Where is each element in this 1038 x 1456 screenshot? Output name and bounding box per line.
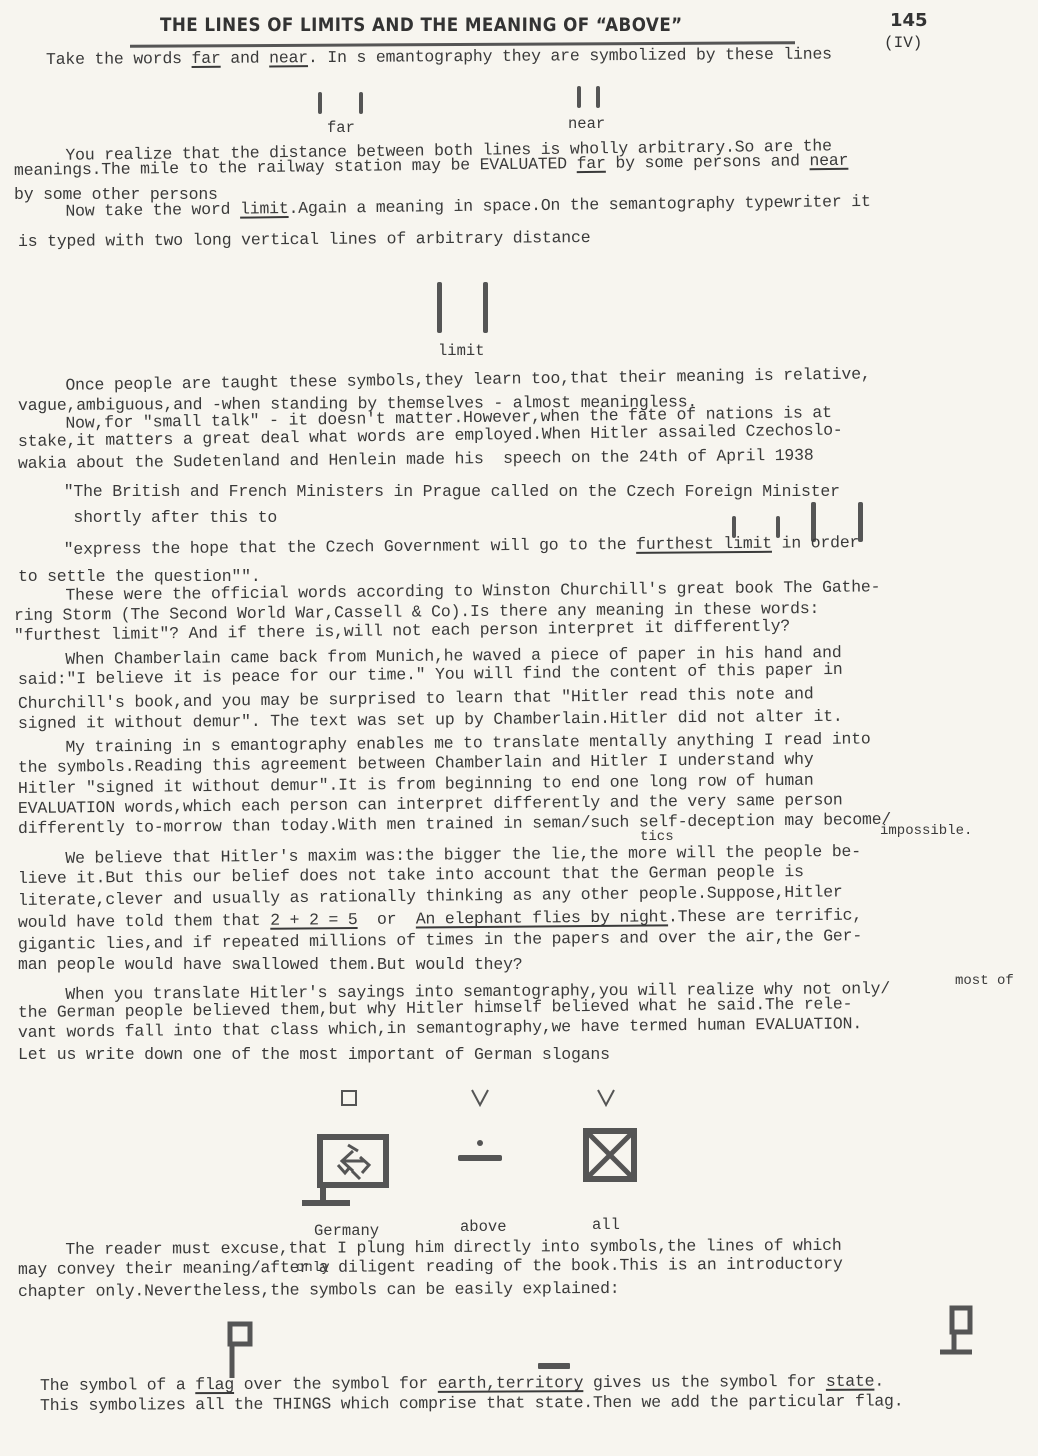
text-line: gigantic lies,and if repeated millions o… [18, 928, 862, 953]
page-number: 145 [890, 10, 928, 31]
text-run: chapter only.Nevertheless,the symbols ca… [18, 1279, 620, 1301]
document-page: THE LINES OF LIMITS AND THE MEANING OF “… [0, 0, 1038, 1456]
text-run: Let us write down one of the most import… [18, 1045, 610, 1064]
text-line: chapter only.Nevertheless,the symbols ca… [18, 1281, 620, 1301]
far-symbol-line-right [359, 92, 363, 114]
text-line: wakia about the Sudetenland and Henlein … [18, 448, 814, 473]
text-run: . In s emantography they are symbolized … [308, 45, 832, 68]
insertion-only: only [296, 1260, 330, 1276]
text-run: or [357, 910, 415, 930]
insertion-most-of: most of [955, 973, 1014, 989]
above-label: above [460, 1218, 507, 1236]
state-symbol [938, 1306, 978, 1358]
underlined-term: limit [240, 199, 289, 219]
text-run: is typed with two long vertical lines of… [18, 228, 591, 251]
text-run: shortly after this to [54, 508, 277, 527]
text-line: Take the words far and near. In s emanto… [46, 47, 832, 69]
underlined-term: furthest limit [636, 534, 772, 554]
text-line: This symbolizes all the THINGS which com… [40, 1393, 904, 1414]
text-run: Now take the word [46, 200, 240, 221]
earth-territory-symbol [538, 1363, 570, 1369]
page-title: THE LINES OF LIMITS AND THE MEANING OF “… [160, 14, 683, 36]
insertion-tics: tics [640, 829, 674, 845]
underlined-term: An elephant flies by night [416, 907, 668, 928]
text-line: "The British and French Ministers in Pra… [54, 484, 840, 501]
text-line: is typed with two long vertical lines of… [18, 230, 591, 250]
text-run: and [221, 48, 270, 67]
text-line: may convey their meaning/after a diligen… [18, 1256, 843, 1278]
germany-label: Germany [314, 1222, 379, 1240]
underlined-term: 2 + 2 = 5 [270, 910, 357, 930]
text-line: man people would have swallowed them.But… [18, 957, 522, 974]
limit-symbol-line-left [437, 282, 442, 333]
text-line: "express the hope that the Czech Governm… [54, 535, 859, 559]
text-run: over the symbol for [234, 1374, 438, 1394]
text-run: would have told them that [18, 911, 270, 932]
text-run: gives us the symbol for [583, 1372, 826, 1392]
underlined-term: far [191, 49, 220, 68]
germany-symbol [290, 1085, 410, 1195]
chapter-number: (IV) [884, 34, 922, 52]
text-run: .These are terrific, [668, 906, 862, 927]
text-run: man people would have swallowed them.But… [18, 955, 522, 974]
insertion-impossible: impossible. [880, 823, 972, 839]
text-line: literate,clever and usually as rationall… [18, 884, 843, 909]
limit-symbol-line-right [483, 282, 488, 333]
underlined-term: near [809, 151, 848, 170]
underlined-term: near [269, 48, 308, 67]
text-run: .Again a meaning in space.On the semanto… [288, 192, 870, 218]
text-run: in order [772, 533, 859, 553]
text-run: Take the words [46, 49, 192, 69]
text-line: signed it without demur". The text was s… [18, 709, 843, 733]
near-symbol-line-right [596, 86, 600, 108]
underlined-term: state [826, 1372, 875, 1391]
far-label: far [327, 119, 355, 137]
text-line: Let us write down one of the most import… [18, 1047, 610, 1064]
limit-label: limit [438, 342, 485, 360]
text-run: This symbolizes all the THINGS which com… [40, 1391, 904, 1415]
near-label: near [568, 115, 605, 133]
text-run: Once people are taught these symbols,the… [46, 364, 871, 395]
text-run: by some persons and [606, 151, 810, 172]
text-line: to settle the question"". [18, 569, 261, 586]
underlined-term: earth,territory [438, 1373, 584, 1393]
above-symbol [450, 1085, 510, 1165]
text-run: The symbol of a [40, 1375, 195, 1395]
text-line: Once people are taught these symbols,the… [46, 366, 871, 394]
all-symbol [572, 1085, 642, 1185]
flag-symbol [228, 1322, 258, 1382]
underlined-term: far [577, 154, 606, 173]
text-run: . [874, 1372, 884, 1391]
text-run: "express the hope that the Czech Governm… [54, 535, 636, 559]
far-symbol-line-left [318, 92, 322, 114]
text-run: "The British and French Ministers in Pra… [54, 482, 840, 501]
text-run: wakia about the Sudetenland and Henlein … [18, 446, 814, 473]
all-label: all [592, 1216, 620, 1234]
text-line: shortly after this to [54, 510, 277, 527]
near-symbol-line-left [577, 86, 581, 108]
